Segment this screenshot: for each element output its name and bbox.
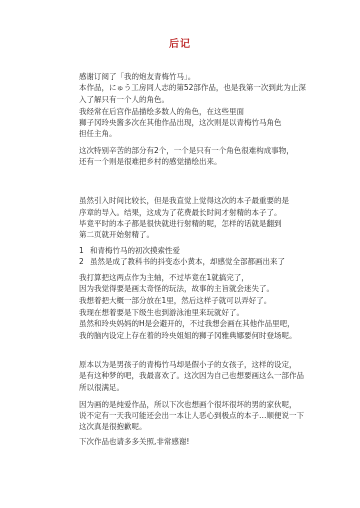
paragraph-line: 我打算把这两点作为主轴，不过毕竟在1就搞完了， bbox=[79, 272, 285, 283]
paragraph: 因为画的是纯爱作品，所以下次也想画个很坏很坏的男的家伙呢，说不定有一天我可能还会… bbox=[79, 399, 285, 433]
paragraph-line: 还有一个则是很难把乡村的感觉描绘出来。 bbox=[79, 156, 285, 167]
paragraph-line: 这次特别辛苦的部分有2个，一个是只有一个角色很难构成事物， bbox=[79, 145, 285, 156]
paragraph-line: 毕竟平时的本子都是很快就进行射精的呢，怎样的话就是翻到 bbox=[79, 218, 285, 229]
list-item-text: 虽然是成了教科书的抖变态小黄本，却感觉全部都画出来了 bbox=[90, 257, 285, 266]
paragraph-line: 下次作品也请多多关照,非常感谢! bbox=[79, 436, 285, 447]
paragraph-line: 虽然引入时间比较长，但是我直觉上觉得这次的本子最重要的是 bbox=[79, 195, 285, 206]
paragraph: 原本以为是男孩子的青梅竹马却是假小子的女孩子，这样的设定，是有这种梦的吧，我最喜… bbox=[79, 359, 285, 393]
paragraph: 感谢订阅了「我的炮友青梅竹马」。本作品，にゅう工房同人志的第52部作品，也是我第… bbox=[79, 71, 285, 105]
paragraph: 我现在想着要是下级生也到游泳池里来玩就好了。虽然和玲央妈妈的H是会避开的，不过我… bbox=[79, 307, 285, 341]
paragraph-line: 我的脑内设定上存在着的玲央姐姐的狮子冈雅典娜要何时登场呢。 bbox=[79, 330, 285, 341]
paragraph: 我经常在后宫作品描绘多数人的角色，在这些里面狮子冈玲央酱多次在其他作品出现，这次… bbox=[79, 106, 285, 140]
paragraph-line: 狮子冈玲央酱多次在其他作品出现，这次则是以青梅竹马角色 bbox=[79, 117, 285, 128]
paragraph: 虽然引入时间比较长，但是我直觉上觉得这次的本子最重要的是序章的导入。结果，这成为… bbox=[79, 195, 285, 240]
paragraph-line: 虽然和玲央妈妈的H是会避开的，不过我想会画在其他作品里吧， bbox=[79, 318, 285, 329]
paragraph-line: 我现在想着要是下级生也到游泳池里来玩就好了。 bbox=[79, 307, 285, 318]
paragraph-line: 因为画的是纯爱作品，所以下次也想画个很坏很坏的男的家伙呢， bbox=[79, 399, 285, 410]
paragraph-line: 是有这种梦的吧，我最喜欢了。这次因为自己也想要画这么一部作品 bbox=[79, 370, 285, 381]
list-item-number: 2 bbox=[79, 256, 90, 267]
paragraph-line: 感谢订阅了「我的炮友青梅竹马」。 bbox=[79, 71, 285, 82]
paragraph-line: 所以很满足。 bbox=[79, 382, 285, 393]
paragraph-line: 第二页就开始射精了。 bbox=[79, 229, 285, 240]
paragraph-line: 入了解只有一个人的角色。 bbox=[79, 94, 285, 105]
paragraph-line: 我经常在后宫作品描绘多数人的角色，在这些里面 bbox=[79, 106, 285, 117]
list-item-number: 1 bbox=[79, 245, 90, 256]
paragraph-line: 我想着把大概一部分放在1里，然后这样子就可以弄好了。 bbox=[79, 295, 285, 306]
numbered-list: 1和青梅竹马的初次摸索性爱2虽然是成了教科书的抖变态小黄本，却感觉全部都画出来了 bbox=[79, 245, 285, 268]
paragraph-line: 原本以为是男孩子的青梅竹马却是假小子的女孩子，这样的设定， bbox=[79, 359, 285, 370]
afterword-content: 感谢订阅了「我的炮友青梅竹马」。本作品，にゅう工房同人志的第52部作品，也是我第… bbox=[79, 71, 285, 447]
paragraph: 这次特别辛苦的部分有2个，一个是只有一个角色很难构成事物，还有一个则是很难把乡村… bbox=[79, 145, 285, 168]
paragraph: 我打算把这两点作为主轴，不过毕竟在1就搞完了，因为我觉得要是画太奇怪的玩法，故事… bbox=[79, 272, 285, 306]
list-item: 2虽然是成了教科书的抖变态小黄本，却感觉全部都画出来了 bbox=[79, 256, 285, 267]
paragraph-line: 本作品，にゅう工房同人志的第52部作品，也是我第一次到此为止深 bbox=[79, 82, 285, 93]
paragraph-line: 因为我觉得要是画太奇怪的玩法，故事的主旨就会迷失了。 bbox=[79, 283, 285, 294]
paragraph: 下次作品也请多多关照,非常感谢! bbox=[79, 436, 285, 447]
afterword-page: 后记 感谢订阅了「我的炮友青梅竹马」。本作品，にゅう工房同人志的第52部作品，也… bbox=[0, 0, 360, 508]
list-item-text: 和青梅竹马的初次摸索性爱 bbox=[90, 246, 180, 255]
page-title: 后记 bbox=[0, 35, 360, 50]
paragraph-line: 这次真是很抱歉呢。 bbox=[79, 421, 285, 432]
paragraph-line: 担任主角。 bbox=[79, 128, 285, 139]
paragraph-line: 序章的导入。结果，这成为了花费最长时间才射精的本子了。 bbox=[79, 207, 285, 218]
list-item: 1和青梅竹马的初次摸索性爱 bbox=[79, 245, 285, 256]
paragraph-line: 说不定有一天我可能还会出一本让人恶心到极点的本子…顺便说一下 bbox=[79, 410, 285, 421]
